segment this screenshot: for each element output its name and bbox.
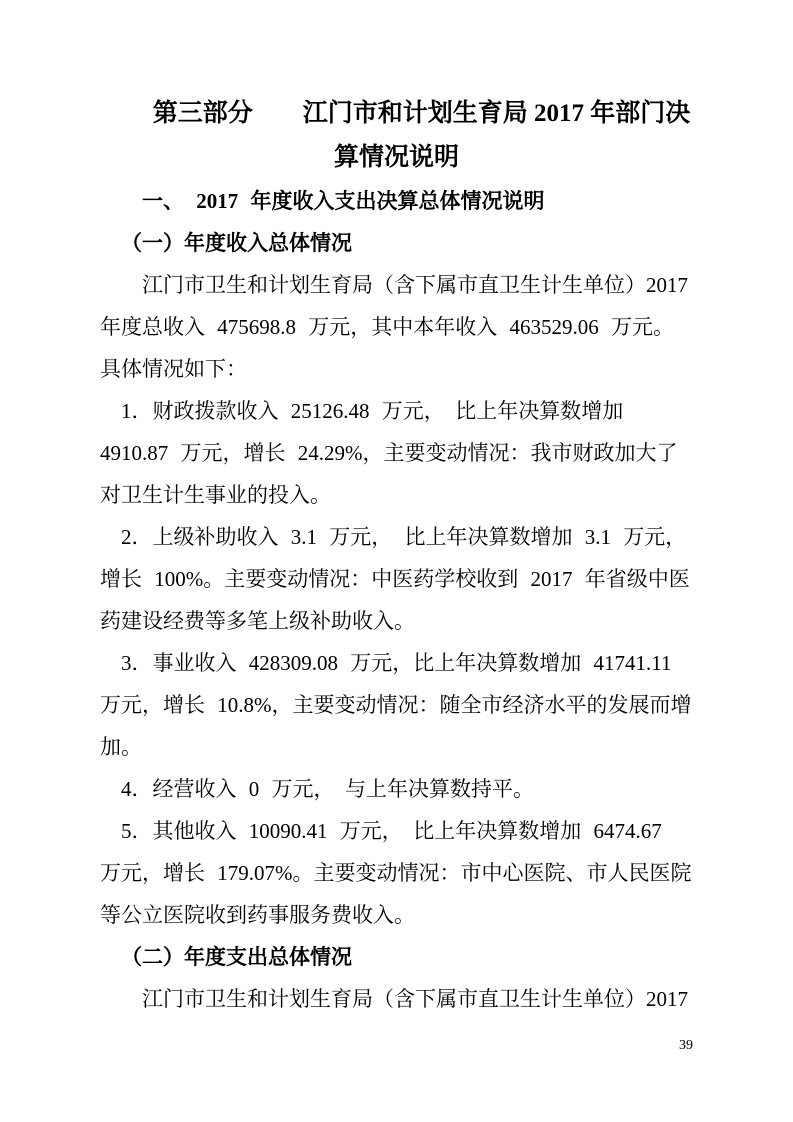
document-body: 第三部分 江门市和计划生育局 2017 年部门决算情况说明 一、 2017 年度… — [100, 92, 693, 1020]
paragraph-expenditure-summary: 江门市卫生和计划生育局（含下属市直卫生计生单位）2017 — [100, 978, 693, 1020]
paragraph-income-summary: 江门市卫生和计划生育局（含下属市直卫生计生单位）2017 年度总收入 47569… — [100, 264, 693, 390]
paragraph-item-4-business-income: 4．经营收入 0 万元， 与上年决算数持平。 — [100, 768, 693, 810]
page-number: 39 — [679, 1036, 693, 1056]
subsection-heading-expenditure: （二）年度支出总体情况 — [100, 936, 693, 978]
paragraph-item-2-superior-subsidy: 2．上级补助收入 3.1 万元， 比上年决算数增加 3.1 万元，增长 100%… — [100, 516, 693, 642]
section-heading-overview: 一、 2017 年度收入支出决算总体情况说明 — [100, 180, 693, 222]
paragraph-item-3-operational-income: 3．事业收入 428309.08 万元，比上年决算数增加 41741.11 万元… — [100, 642, 693, 768]
paragraph-item-5-other-income: 5．其他收入 10090.41 万元， 比上年决算数增加 6474.67 万元，… — [100, 810, 693, 936]
paragraph-item-1-fiscal-appropriation: 1．财政拨款收入 25126.48 万元， 比上年决算数增加 4910.87 万… — [100, 390, 693, 516]
subsection-heading-income: （一）年度收入总体情况 — [100, 222, 693, 264]
document-page: 第三部分 江门市和计划生育局 2017 年部门决算情况说明 一、 2017 年度… — [0, 0, 793, 1122]
doc-title: 第三部分 江门市和计划生育局 2017 年部门决算情况说明 — [100, 92, 693, 180]
